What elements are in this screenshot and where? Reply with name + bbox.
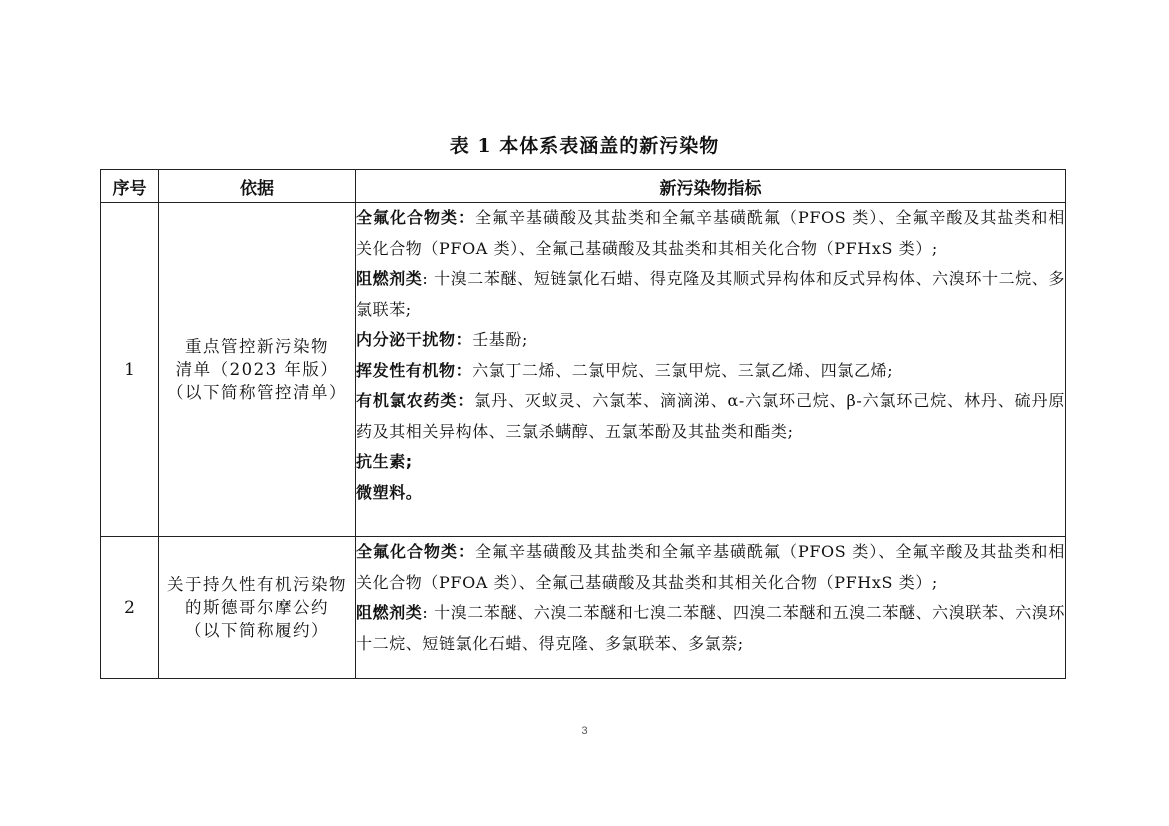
indicator-item: 阻燃剂类: 十溴二苯醚、短链氯化石蜡、得克隆及其顺式异构体和反式异构体、六溴环十… bbox=[356, 264, 1065, 325]
category-text: 六氯丁二烯、二氯甲烷、三氯甲烷、三氯乙烯、四氯乙烯; bbox=[472, 361, 893, 380]
category-label: 内分泌干扰物： bbox=[356, 330, 472, 349]
page-number: 3 bbox=[0, 725, 1169, 737]
row-index: 2 bbox=[101, 537, 159, 679]
category-text: : 十溴二苯醚、短链氯化石蜡、得克隆及其顺式异构体和反式异构体、六溴环十二烷、多… bbox=[356, 269, 1065, 319]
basis-line: （以下简称管控清单） bbox=[159, 381, 355, 404]
row-basis: 重点管控新污染物 清单（2023 年版） （以下简称管控清单） bbox=[159, 203, 356, 537]
row-indicators: 全氟化合物类：全氟辛基磺酸及其盐类和全氟辛基磺酰氟（PFOS 类）、全氟辛酸及其… bbox=[356, 203, 1066, 537]
category-text: : 十溴二苯醚、六溴二苯醚和七溴二苯醚、四溴二苯醚和五溴二苯醚、六溴联苯、六溴环… bbox=[356, 603, 1065, 653]
basis-line: 重点管控新污染物 bbox=[159, 335, 355, 358]
header-indicators: 新污染物指标 bbox=[356, 170, 1066, 203]
indicator-item: 阻燃剂类: 十溴二苯醚、六溴二苯醚和七溴二苯醚、四溴二苯醚和五溴二苯醚、六溴联苯… bbox=[356, 598, 1065, 659]
basis-line: （以下简称履约） bbox=[159, 619, 355, 642]
indicator-item: 有机氯农药类：氯丹、灭蚁灵、六氯苯、滴滴涕、α-六氯环己烷、β-六氯环己烷、林丹… bbox=[356, 386, 1065, 447]
basis-line: 的斯德哥尔摩公约 bbox=[159, 596, 355, 619]
table-row: 1 重点管控新污染物 清单（2023 年版） （以下简称管控清单） 全氟化合物类… bbox=[101, 203, 1066, 537]
indicator-item: 微塑料。 bbox=[356, 478, 1065, 509]
category-label: 全氟化合物类： bbox=[356, 542, 475, 561]
row-indicators: 全氟化合物类：全氟辛基磺酸及其盐类和全氟辛基磺酰氟（PFOS 类）、全氟辛酸及其… bbox=[356, 537, 1066, 679]
header-index: 序号 bbox=[101, 170, 159, 203]
indicator-item: 内分泌干扰物：壬基酚; bbox=[356, 325, 1065, 356]
category-label: 阻燃剂类 bbox=[356, 603, 422, 622]
category-text: 壬基酚; bbox=[472, 330, 528, 349]
category-label: 阻燃剂类 bbox=[356, 269, 422, 288]
category-label: 微塑料。 bbox=[356, 483, 422, 502]
basis-line: 清单（2023 年版） bbox=[159, 358, 355, 381]
indicator-item: 挥发性有机物：六氯丁二烯、二氯甲烷、三氯甲烷、三氯乙烯、四氯乙烯; bbox=[356, 356, 1065, 387]
basis-line: 关于持久性有机污染物 bbox=[159, 573, 355, 596]
table-header-row: 序号 依据 新污染物指标 bbox=[101, 170, 1066, 203]
pollutant-table: 序号 依据 新污染物指标 1 重点管控新污染物 清单（2023 年版） （以下简… bbox=[100, 169, 1066, 679]
row-index: 1 bbox=[101, 203, 159, 537]
category-label: 全氟化合物类： bbox=[356, 208, 475, 227]
table-row: 2 关于持久性有机污染物 的斯德哥尔摩公约 （以下简称履约） 全氟化合物类：全氟… bbox=[101, 537, 1066, 679]
table-title: 表 1 本体系表涵盖的新污染物 bbox=[0, 131, 1169, 158]
indicator-item: 抗生素; bbox=[356, 447, 1065, 478]
category-label: 有机氯农药类： bbox=[356, 391, 474, 410]
row-basis: 关于持久性有机污染物 的斯德哥尔摩公约 （以下简称履约） bbox=[159, 537, 356, 679]
category-label: 挥发性有机物： bbox=[356, 361, 472, 380]
category-label: 抗生素; bbox=[356, 452, 413, 471]
indicator-item: 全氟化合物类：全氟辛基磺酸及其盐类和全氟辛基磺酰氟（PFOS 类）、全氟辛酸及其… bbox=[356, 537, 1065, 598]
indicator-item: 全氟化合物类：全氟辛基磺酸及其盐类和全氟辛基磺酰氟（PFOS 类）、全氟辛酸及其… bbox=[356, 203, 1065, 264]
header-basis: 依据 bbox=[159, 170, 356, 203]
